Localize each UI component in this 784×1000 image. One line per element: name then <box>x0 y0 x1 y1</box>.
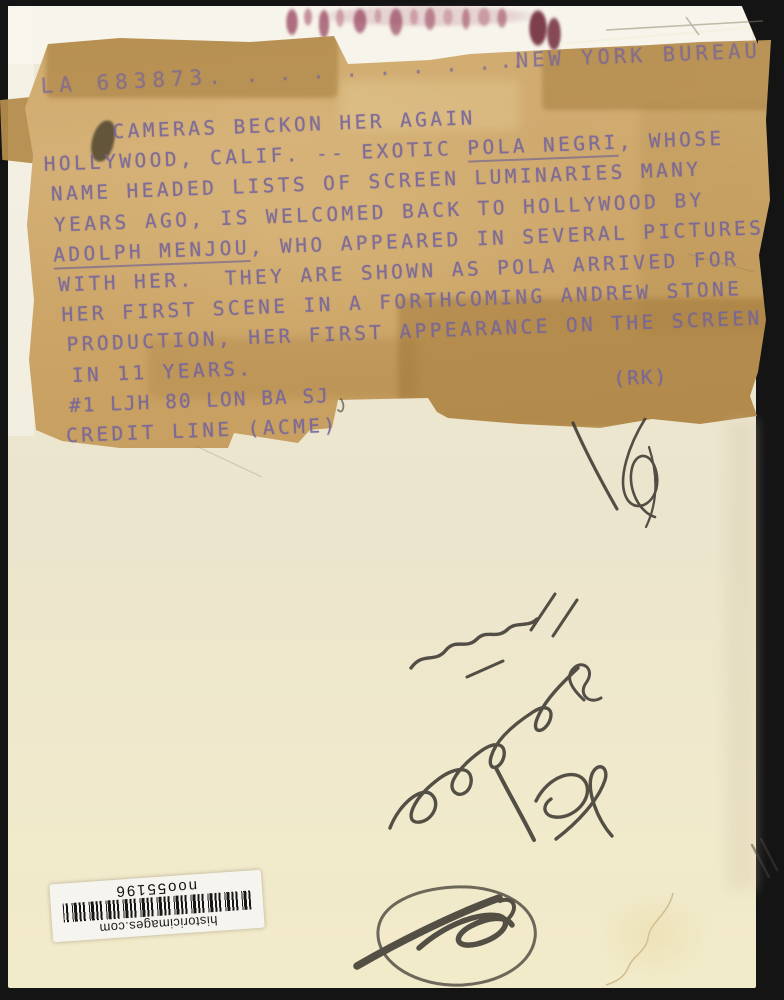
handwriting-p-bowl <box>536 775 587 818</box>
photo-crease <box>196 254 754 477</box>
handwriting-cursive <box>390 668 578 828</box>
pencil-annotations-layer <box>0 0 784 1000</box>
scribble-inner <box>419 915 512 948</box>
tiny-mark <box>338 399 343 412</box>
scan-corner-shadow <box>741 4 758 44</box>
handwriting-strokes <box>531 594 577 636</box>
pencil-flourish-loop <box>623 419 657 517</box>
photo-edge-highlight <box>560 27 753 44</box>
pencil-flourish <box>573 423 617 509</box>
handwriting-squiggle <box>411 619 537 668</box>
photo-back-scan: LA 683873. . . . . . . . . . .NEW YORK B… <box>0 0 784 1000</box>
handwriting-p-stem <box>496 768 534 840</box>
shading-right-edge <box>726 420 756 890</box>
handwriting-dash <box>467 661 503 677</box>
